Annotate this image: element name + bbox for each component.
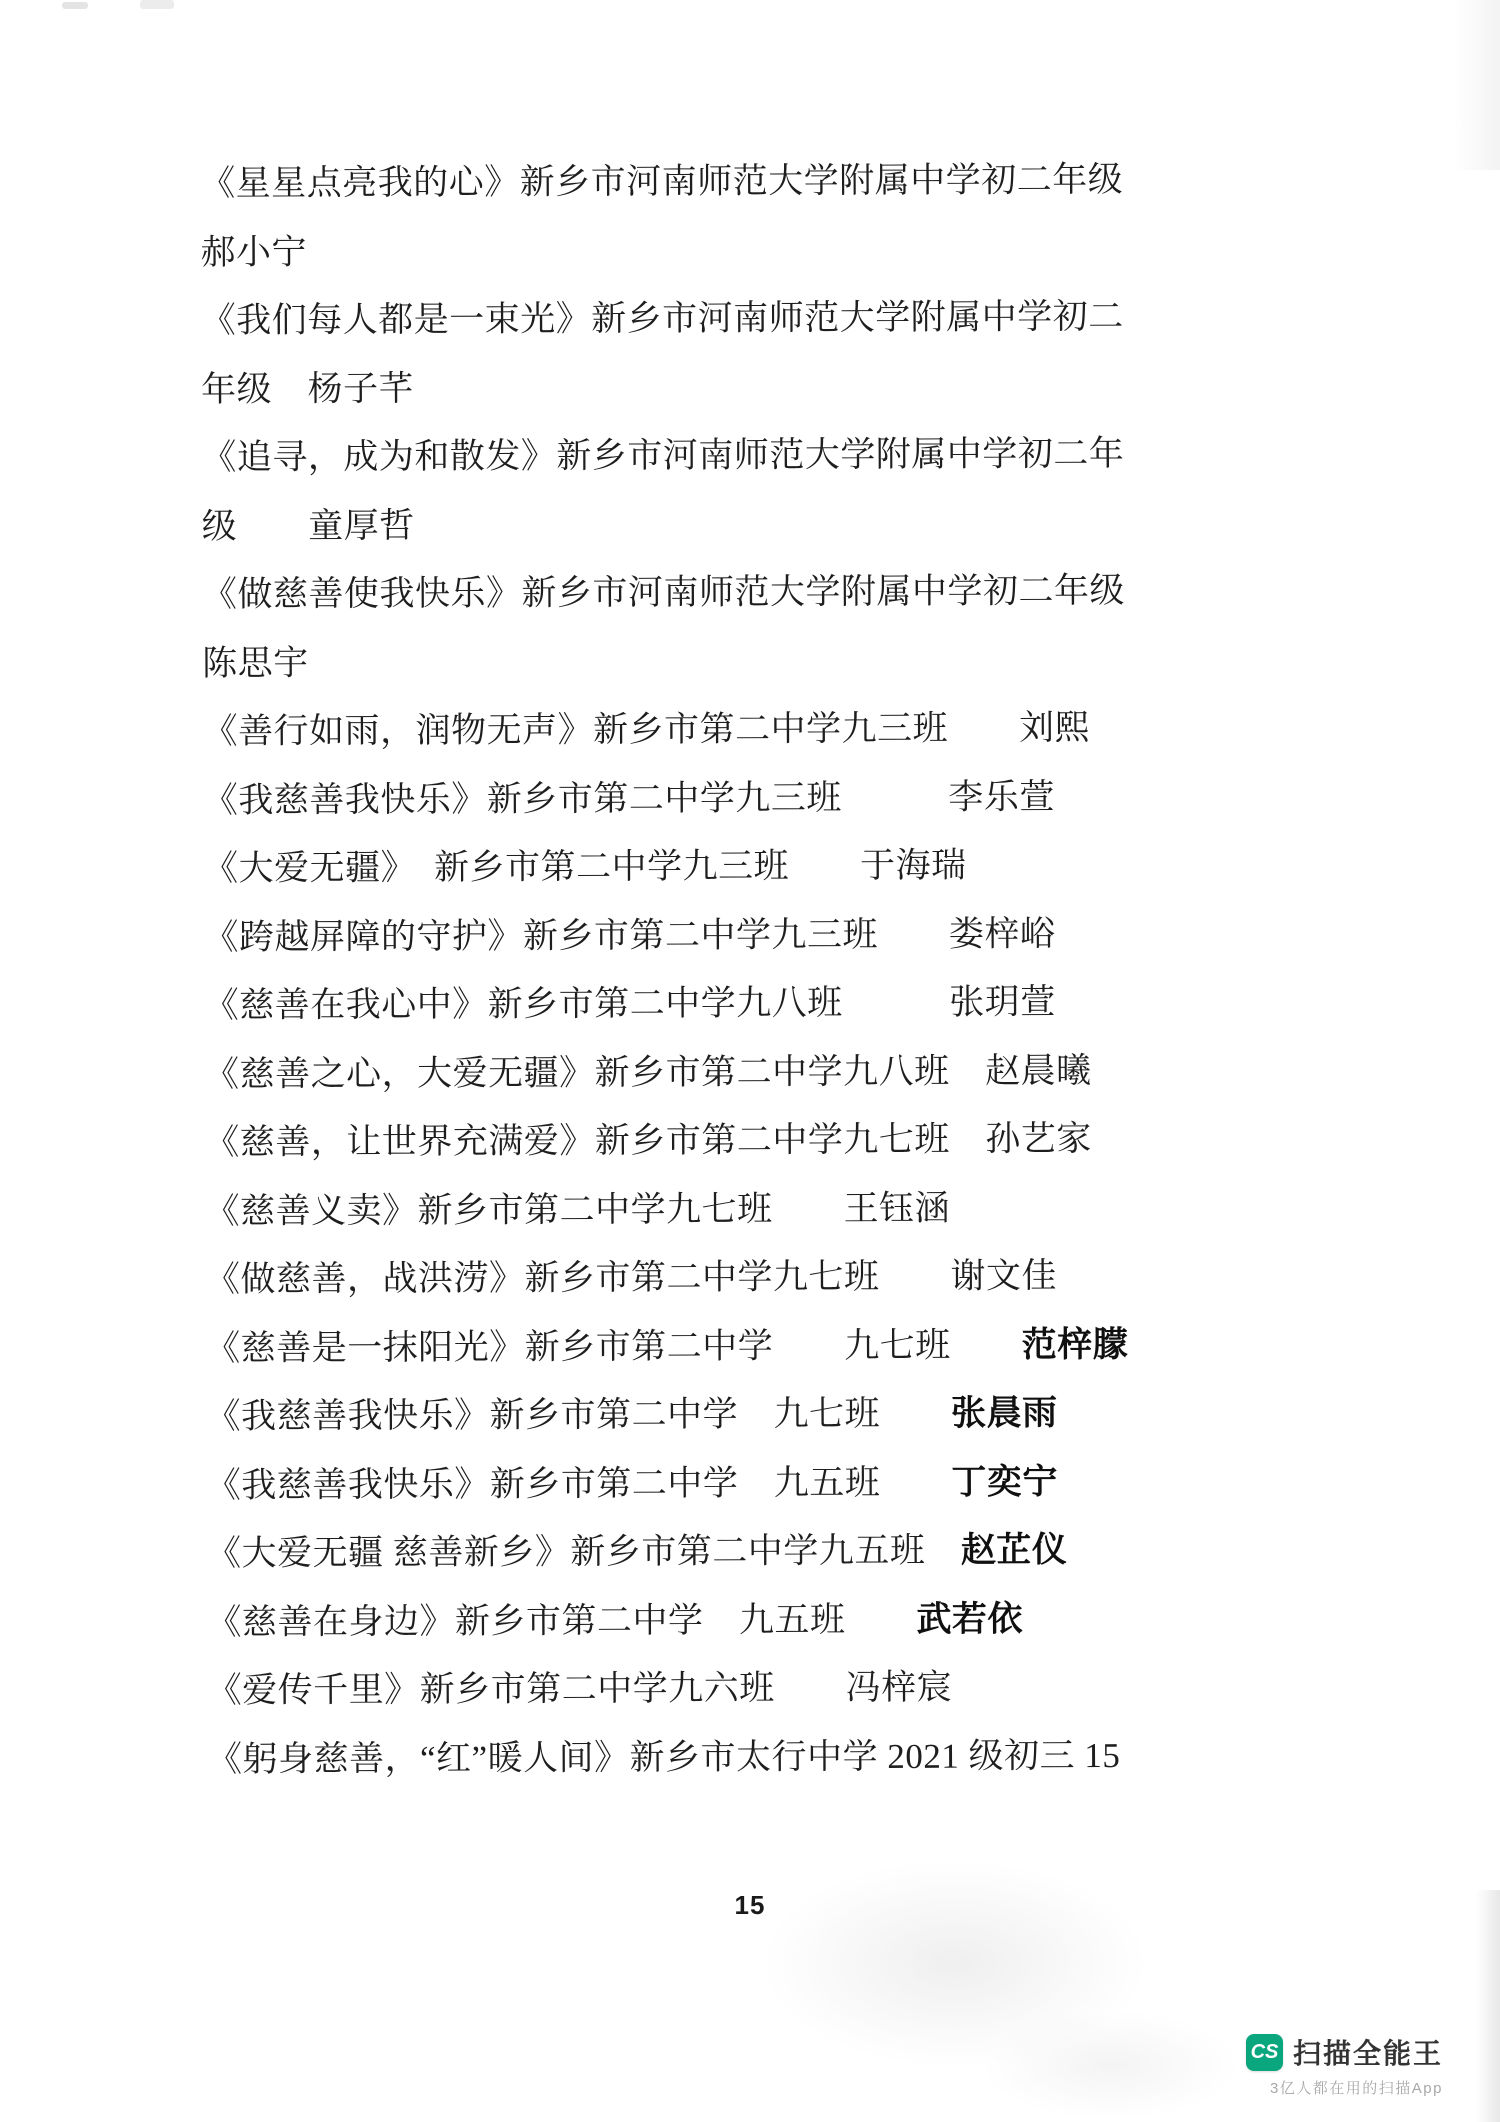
entry-text: 《我慈善我快乐》新乡市第二中学九三班 李乐萱 <box>203 777 1055 820</box>
list-item: 郝小宁 <box>200 213 1380 287</box>
list-item: 陈思宇 <box>202 624 1382 698</box>
entry-text: 《慈善是一抹阳光》新乡市第二中学 九七班 <box>205 1325 1022 1368</box>
camscanner-logo-text: CS <box>1251 2041 1279 2064</box>
list-item: 《慈善之心，大爱无疆》新乡市第二中学九八班 赵晨曦 <box>204 1035 1384 1109</box>
list-item: 《慈善在身边》新乡市第二中学 九五班 武若依 <box>206 1583 1386 1657</box>
entry-text: 《做慈善使我快乐》新乡市河南师范大学附属中学初二年级 <box>202 571 1125 614</box>
list-item: 《慈善义卖》新乡市第二中学九七班 王钰涵 <box>204 1172 1384 1246</box>
camscanner-logo-icon: CS <box>1246 2034 1283 2071</box>
list-item: 年级 杨子芊 <box>201 350 1381 424</box>
scan-artifact <box>980 2010 1240 2120</box>
award-list: 《星星点亮我的心》新乡市河南师范大学附属中学初二年级郝小宁《我们每人都是一束光》… <box>200 145 1387 1794</box>
entry-text: 《慈善义卖》新乡市第二中学九七班 王钰涵 <box>205 1188 951 1230</box>
list-item: 《追寻，成为和散发》新乡市河南师范大学附属中学初二年 <box>201 419 1381 493</box>
entry-text: 级 童厚哲 <box>202 506 415 546</box>
scan-artifact <box>140 0 174 9</box>
camscanner-app-name: 扫描全能王 <box>1293 2032 1443 2072</box>
entry-text: 《爱传千里》新乡市第二中学九六班 冯梓宸 <box>207 1668 953 1710</box>
student-name: 张晨雨 <box>951 1393 1058 1432</box>
entry-text: 《慈善之心，大爱无疆》新乡市第二中学九八班 赵晨曦 <box>204 1051 1092 1094</box>
list-item: 《我慈善我快乐》新乡市第二中学 九七班 张晨雨 <box>205 1378 1385 1452</box>
list-item: 《做慈善使我快乐》新乡市河南师范大学附属中学初二年级 <box>202 556 1382 630</box>
entry-text: 《慈善在我心中》新乡市第二中学九八班 张玥萱 <box>204 982 1056 1025</box>
list-item: 《我们每人都是一束光》新乡市河南师范大学附属中学初二 <box>201 282 1381 356</box>
scan-artifact <box>1454 0 1500 170</box>
entry-text: 《我们每人都是一束光》新乡市河南师范大学附属中学初二 <box>201 297 1124 340</box>
student-name: 武若依 <box>916 1599 1023 1638</box>
list-item: 《爱传千里》新乡市第二中学九六班 冯梓宸 <box>207 1652 1387 1726</box>
list-item: 《善行如雨，润物无声》新乡市第二中学九三班 刘熙 <box>202 693 1382 767</box>
list-item: 《大爱无疆 慈善新乡》新乡市第二中学九五班 赵芷仪 <box>206 1515 1386 1589</box>
list-item: 《大爱无疆》 新乡市第二中学九三班 于海瑞 <box>203 830 1383 904</box>
entry-text: 陈思宇 <box>202 643 309 682</box>
student-name: 丁奕宁 <box>951 1462 1058 1501</box>
list-item: 《做慈善，战洪涝》新乡市第二中学九七班 谢文佳 <box>205 1241 1385 1315</box>
camscanner-watermark: CS 扫描全能王 3亿人都在用的扫描App <box>1246 2032 1443 2098</box>
scanned-page: 《星星点亮我的心》新乡市河南师范大学附属中学初二年级郝小宁《我们每人都是一束光》… <box>0 0 1500 2122</box>
entry-text: 《我慈善我快乐》新乡市第二中学 九七班 <box>205 1394 951 1436</box>
entry-text: 《善行如雨，润物无声》新乡市第二中学九三班 刘熙 <box>202 708 1090 751</box>
scan-artifact <box>62 2 88 9</box>
entry-text: 《我慈善我快乐》新乡市第二中学 九五班 <box>206 1462 952 1504</box>
student-name: 赵芷仪 <box>961 1530 1068 1569</box>
entry-text: 《做慈善，战洪涝》新乡市第二中学九七班 谢文佳 <box>205 1256 1057 1299</box>
list-item: 《躬身慈善，“红”暖人间》新乡市太行中学 2021 级初三 15 <box>207 1720 1387 1794</box>
list-item: 《慈善，让世界充满爱》新乡市第二中学九七班 孙艺家 <box>204 1104 1384 1178</box>
camscanner-tagline: 3亿人都在用的扫描App <box>1270 2077 1443 2098</box>
entry-text: 《大爱无疆》 新乡市第二中学九三班 于海瑞 <box>203 846 967 888</box>
list-item: 《星星点亮我的心》新乡市河南师范大学附属中学初二年级 <box>200 145 1380 219</box>
list-item: 《慈善在我心中》新乡市第二中学九八班 张玥萱 <box>204 967 1384 1041</box>
entry-text: 《躬身慈善，“红”暖人间》新乡市太行中学 2021 级初三 15 <box>207 1735 1120 1778</box>
entry-text: 《慈善，让世界充满爱》新乡市第二中学九七班 孙艺家 <box>204 1119 1092 1162</box>
entry-text: 《慈善在身边》新乡市第二中学 九五班 <box>206 1599 916 1641</box>
entry-text: 《大爱无疆 慈善新乡》新乡市第二中学九五班 <box>206 1531 961 1573</box>
entry-text: 郝小宁 <box>200 232 307 271</box>
entry-text: 年级 杨子芊 <box>201 369 414 409</box>
list-item: 《慈善是一抹阳光》新乡市第二中学 九七班 范梓朦 <box>205 1309 1385 1383</box>
scan-artifact <box>755 1856 1155 2071</box>
list-item: 《跨越屏障的守护》新乡市第二中学九三班 娄梓峪 <box>203 898 1383 972</box>
entry-text: 《星星点亮我的心》新乡市河南师范大学附属中学初二年级 <box>200 160 1123 203</box>
list-item: 级 童厚哲 <box>201 487 1381 561</box>
scan-artifact <box>1476 1890 1500 2122</box>
list-item: 《我慈善我快乐》新乡市第二中学 九五班 丁奕宁 <box>206 1446 1386 1520</box>
entry-text: 《跨越屏障的守护》新乡市第二中学九三班 娄梓峪 <box>203 914 1055 957</box>
page-number: 15 <box>0 1890 1500 1921</box>
watermark-row: CS 扫描全能王 <box>1246 2032 1443 2072</box>
list-item: 《我慈善我快乐》新乡市第二中学九三班 李乐萱 <box>203 761 1383 835</box>
student-name: 范梓朦 <box>1022 1324 1129 1363</box>
entry-text: 《追寻，成为和散发》新乡市河南师范大学附属中学初二年 <box>201 434 1124 477</box>
